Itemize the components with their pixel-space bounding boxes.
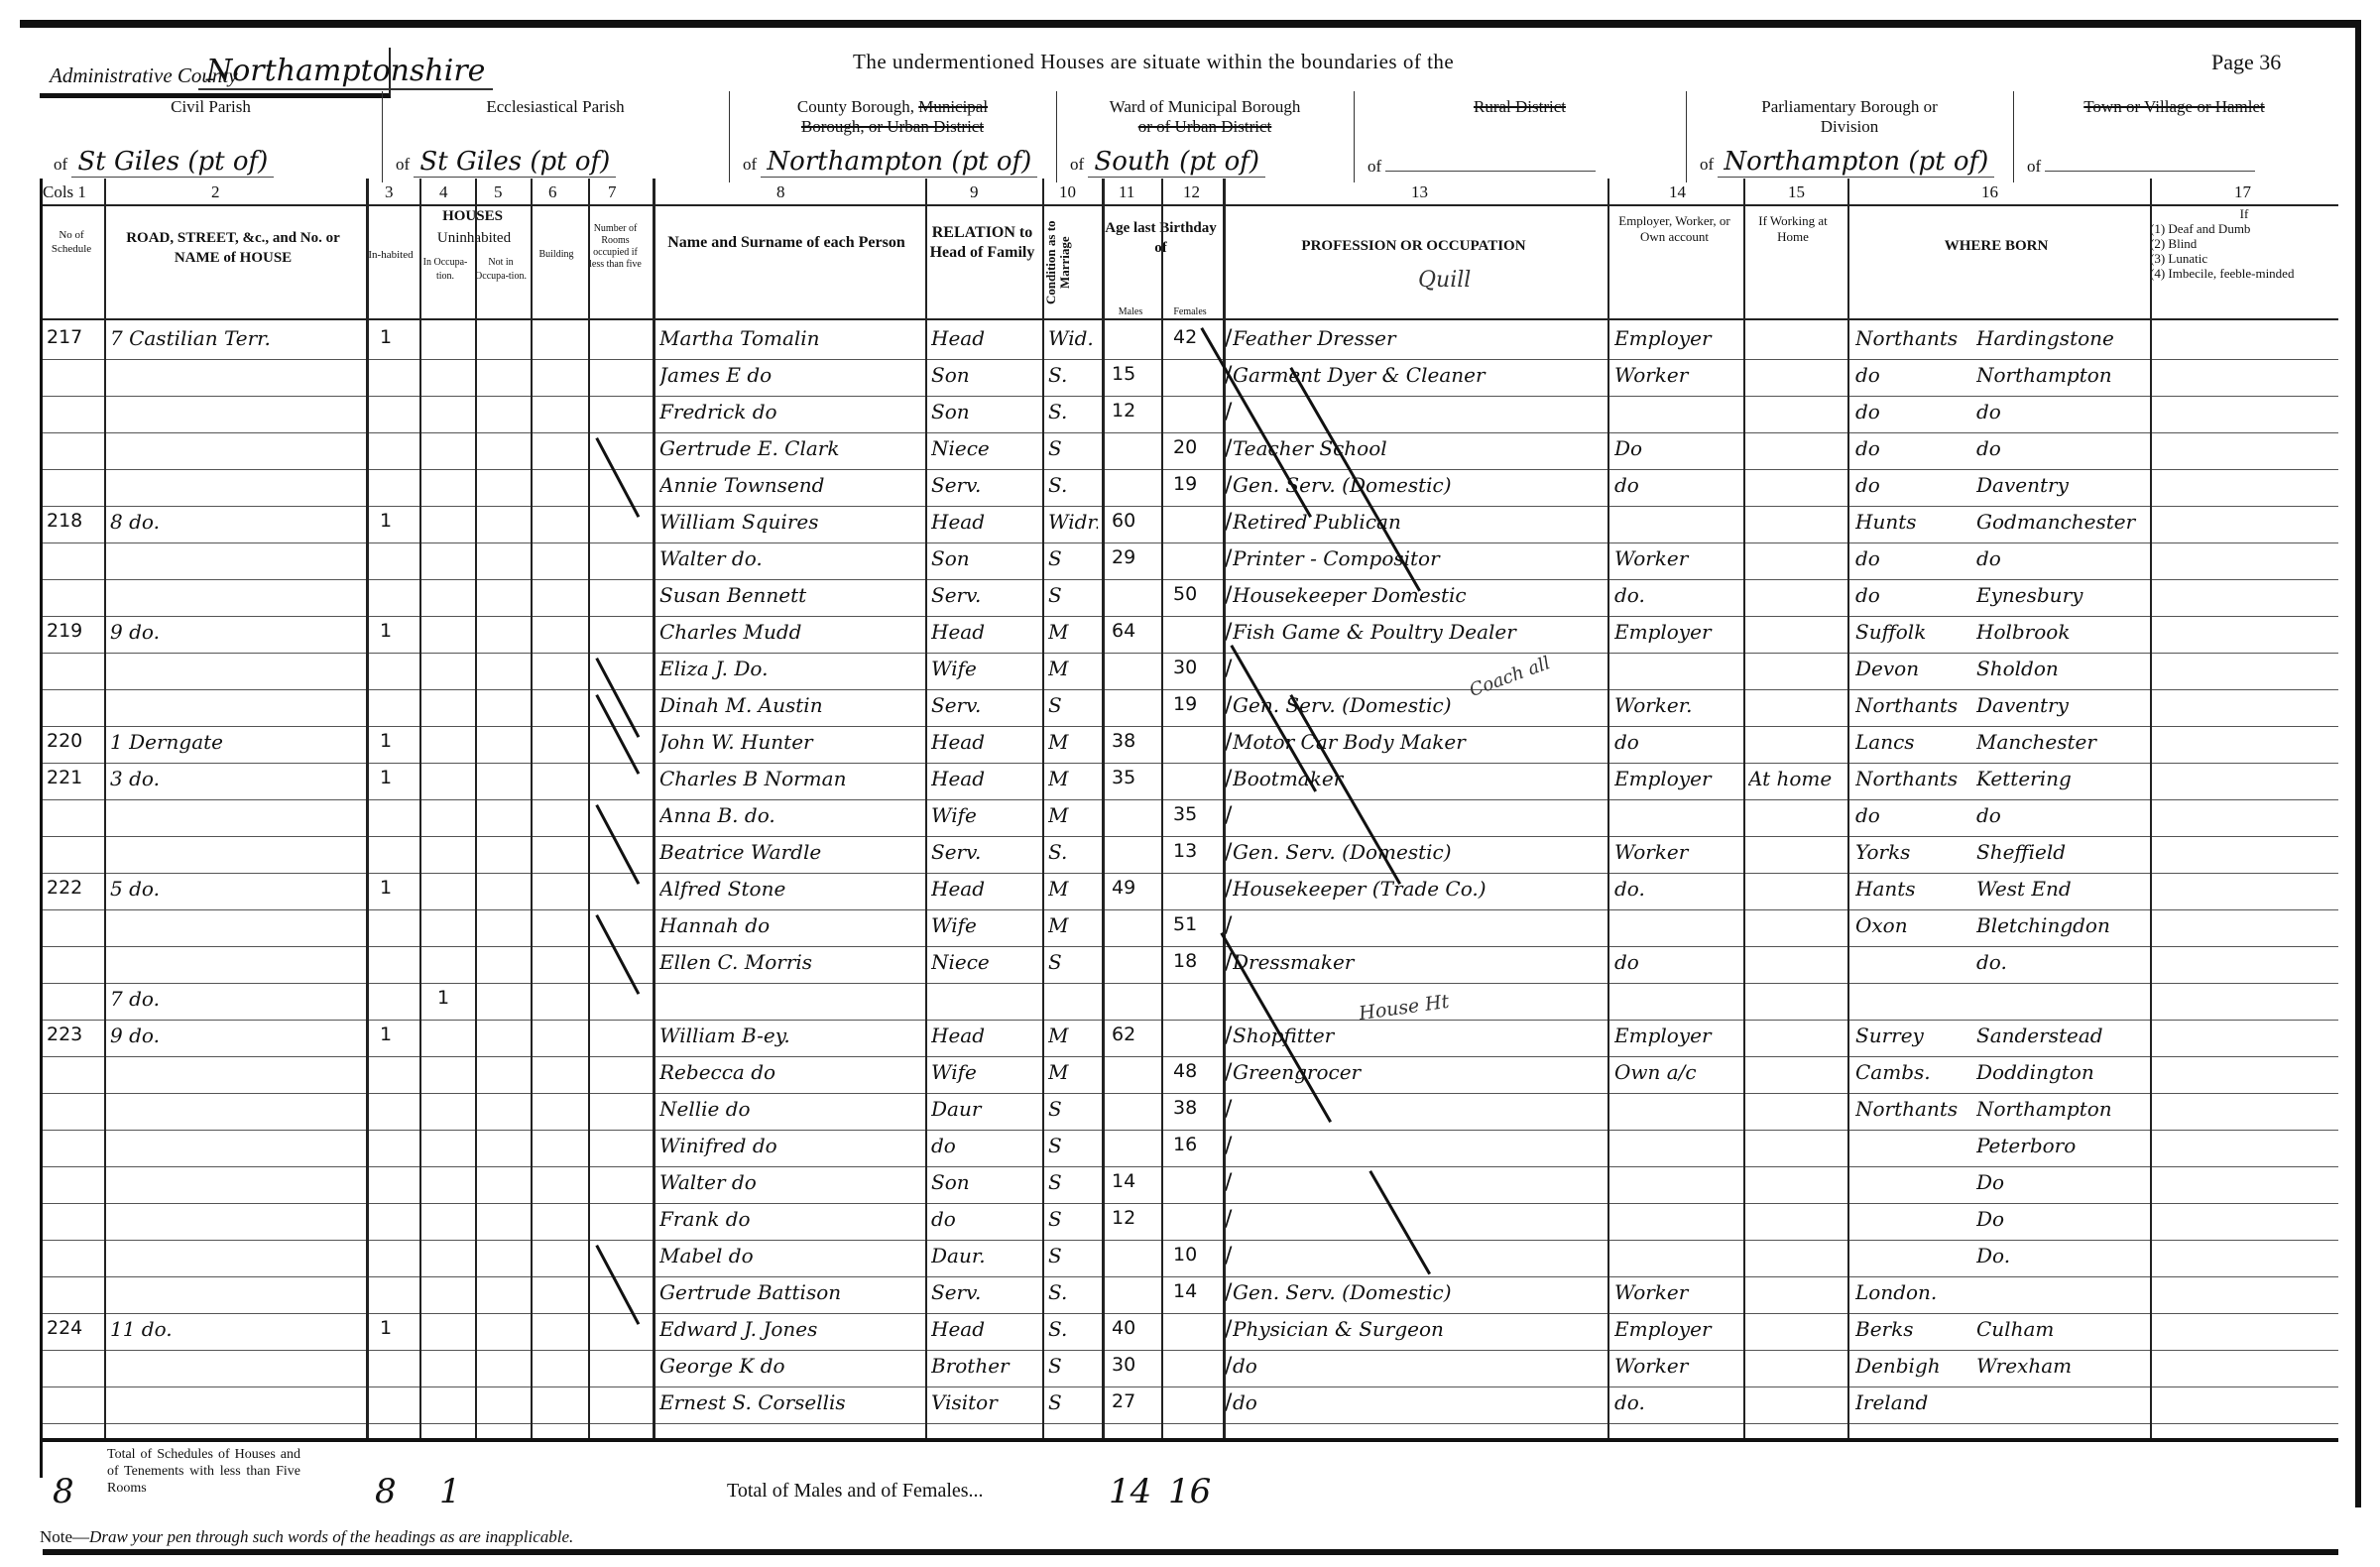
- cell-schedule: 218: [47, 510, 100, 532]
- column-divider: [1161, 179, 1163, 1438]
- check-mark-icon: /: [1225, 840, 1232, 865]
- cell-name: Martha Tomalin: [659, 326, 922, 350]
- cell-county: Lancs: [1855, 730, 1974, 754]
- cell-female-age: 14: [1173, 1280, 1218, 1302]
- header-houses: HOUSES: [366, 206, 579, 226]
- check-mark-icon: /: [1225, 1097, 1232, 1122]
- cell-place: Peterboro: [1976, 1134, 2145, 1157]
- cell-county: Oxon: [1855, 913, 1974, 937]
- area-label: Ward of Municipal Borough: [1110, 97, 1301, 116]
- cell-condition: S: [1048, 1244, 1098, 1267]
- infirmity-1: (1) Deaf and Dumb: [2150, 221, 2338, 236]
- cell-condition: S.: [1048, 473, 1098, 497]
- table-row: Annie TownsendServ.S.19Gen. Serv. (Domes…: [43, 469, 2338, 507]
- check-mark-icon: /: [1225, 1060, 1232, 1085]
- cell-condition: Wid.: [1048, 326, 1098, 350]
- ward-value: South (pt of): [1088, 147, 1265, 178]
- area-label: County Borough,: [797, 97, 914, 116]
- cell-schedule: 217: [47, 326, 100, 348]
- check-mark-icon: /: [1225, 583, 1232, 608]
- area-parliamentary-borough: Parliamentary Borough or Division of Nor…: [1686, 91, 2014, 182]
- table-row: Winifred dodoS16Peterboro/: [43, 1130, 2338, 1167]
- cell-employer: Own a/c: [1614, 1060, 1738, 1084]
- cell-place: Do: [1976, 1170, 2145, 1194]
- cell-county: do: [1855, 583, 1974, 607]
- cell-county: Hunts: [1855, 510, 1974, 534]
- table-row: Gertrude BattisonServ.S.14Gen. Serv. (Do…: [43, 1276, 2338, 1314]
- cell-condition: S: [1048, 583, 1098, 607]
- rural-district-value: [1385, 171, 1596, 172]
- column-divider: [925, 179, 927, 1438]
- cell-name: Mabel do: [659, 1244, 922, 1267]
- column-divider: [653, 179, 655, 1438]
- cell-road: 9 do.: [110, 1024, 358, 1047]
- table-row: Walter doSonS14Do/: [43, 1166, 2338, 1204]
- area-ecclesiastical-parish: Ecclesiastical Parish of St Giles (pt of…: [382, 91, 730, 182]
- cell-occupation: do: [1233, 1390, 1600, 1414]
- header-at-home: If Working at Home: [1743, 213, 1843, 320]
- cell-name: Ernest S. Corsellis: [659, 1390, 922, 1414]
- check-mark-icon: /: [1225, 510, 1232, 535]
- note-text: Draw your pen through such words of the …: [89, 1527, 573, 1546]
- cell-name: Charles Mudd: [659, 620, 922, 644]
- cell-name: Susan Bennett: [659, 583, 922, 607]
- header-divider: [43, 318, 2338, 320]
- cell-county: Suffolk: [1855, 620, 1974, 644]
- column-number: 5: [494, 182, 503, 202]
- cell-relation: Head: [931, 326, 1040, 350]
- column-number: Cols 1: [43, 182, 86, 202]
- cell-employer: Worker: [1614, 1354, 1738, 1378]
- cell-name: Charles B Norman: [659, 767, 922, 790]
- check-mark-icon: /: [1225, 1317, 1232, 1342]
- table-row: Fredrick doSonS.12dodo/: [43, 396, 2338, 433]
- area-rural-district: Rural District of: [1354, 91, 1687, 182]
- cell-relation: Visitor: [931, 1390, 1040, 1414]
- cell-relation: Wife: [931, 657, 1040, 680]
- cell-relation: Son: [931, 400, 1040, 423]
- cell-relation: Niece: [931, 950, 1040, 974]
- check-mark-icon: /: [1225, 913, 1232, 938]
- cell-relation: Serv.: [931, 473, 1040, 497]
- of-label: of: [1070, 155, 1084, 174]
- cell-condition: M: [1048, 767, 1098, 790]
- cell-county: Northants: [1855, 693, 1974, 717]
- cell-place: Culham: [1976, 1317, 2145, 1341]
- cell-name: Anna B. do.: [659, 803, 922, 827]
- cell-place: Do.: [1976, 1244, 2145, 1267]
- column-divider: [104, 179, 106, 1438]
- cell-name: James E do: [659, 363, 922, 387]
- cell-place: Sanderstead: [1976, 1024, 2145, 1047]
- cell-condition: M: [1048, 913, 1098, 937]
- cell-name: Hannah do: [659, 913, 922, 937]
- check-mark-icon: /: [1225, 1354, 1232, 1379]
- table-row: Nellie doDaurS38NorthantsNorthampton/: [43, 1093, 2338, 1131]
- cell-employer: do: [1614, 950, 1738, 974]
- cell-condition: S: [1048, 950, 1098, 974]
- cell-county: Berks: [1855, 1317, 1974, 1341]
- of-label: of: [1700, 155, 1714, 174]
- check-mark-icon: /: [1225, 326, 1232, 351]
- cell-employer: do.: [1614, 877, 1738, 901]
- column-number: 8: [776, 182, 785, 202]
- table-row: 2239 do.1William B-ey.HeadM62ShopfitterE…: [43, 1020, 2338, 1057]
- column-divider: [588, 179, 590, 1438]
- cell-road: 3 do.: [110, 767, 358, 790]
- county-borough-value: Northampton (pt of): [761, 147, 1037, 178]
- cell-condition: S.: [1048, 840, 1098, 864]
- cell-relation: Head: [931, 510, 1040, 534]
- cell-condition: M: [1048, 803, 1098, 827]
- cell-relation: Head: [931, 767, 1040, 790]
- cell-female-age: 48: [1173, 1060, 1218, 1082]
- cell-occupation: Physician & Surgeon: [1233, 1317, 1600, 1341]
- infirmity-4: (4) Imbecile, feeble-minded: [2150, 266, 2338, 281]
- cell-occupation: Fish Game & Poultry Dealer: [1233, 620, 1600, 644]
- cell-place: do: [1976, 803, 2145, 827]
- cell-relation: do: [931, 1134, 1040, 1157]
- cell-name: Gertrude E. Clark: [659, 436, 922, 460]
- column-divider: [1102, 179, 1105, 1438]
- cell-employer: do: [1614, 473, 1738, 497]
- cell-name: Walter do.: [659, 546, 922, 570]
- cell-condition: S.: [1048, 363, 1098, 387]
- cell-relation: Head: [931, 877, 1040, 901]
- cell-female-age: 10: [1173, 1244, 1218, 1266]
- cell-occupation: Gen. Serv. (Domestic): [1233, 693, 1600, 717]
- cell-road: 9 do.: [110, 620, 358, 644]
- check-mark-icon: /: [1225, 620, 1232, 645]
- town-village-value: [2045, 171, 2255, 172]
- cell-occupation: Retired Publican: [1233, 510, 1600, 534]
- of-label: of: [743, 155, 757, 174]
- cell-place: Sholdon: [1976, 657, 2145, 680]
- ecclesiastical-parish-value: St Giles (pt of): [414, 147, 616, 178]
- area-label: Ecclesiastical Parish: [382, 97, 729, 117]
- check-mark-icon: /: [1225, 1207, 1232, 1232]
- page-title: The undermentioned Houses are situate wi…: [853, 50, 1454, 74]
- census-table: Cols 1234567891011121314151617 No of Sch…: [40, 179, 2338, 1478]
- cell-name: Beatrice Wardle: [659, 840, 922, 864]
- note-prefix: Note—: [40, 1527, 89, 1546]
- check-mark-icon: /: [1225, 877, 1232, 902]
- column-number: 16: [1981, 182, 1998, 202]
- cell-place: do: [1976, 436, 2145, 460]
- cell-county: Yorks: [1855, 840, 1974, 864]
- cell-condition: S: [1048, 1097, 1098, 1121]
- cell-place: Kettering: [1976, 767, 2145, 790]
- cell-occupation: do: [1233, 1354, 1600, 1378]
- cell-name: Ellen C. Morris: [659, 950, 922, 974]
- cell-county: do: [1855, 400, 1974, 423]
- cell-employer: Worker: [1614, 546, 1738, 570]
- cell-occupation: Gen. Serv. (Domestic): [1233, 840, 1600, 864]
- cell-name: Dinah M. Austin: [659, 693, 922, 717]
- cell-occupation: Gen. Serv. (Domestic): [1233, 1280, 1600, 1304]
- cell-place: Eynesbury: [1976, 583, 2145, 607]
- cell-condition: S.: [1048, 1317, 1098, 1341]
- struck-label: or of Urban District: [1138, 117, 1272, 136]
- annotation-quill: Quill: [1418, 268, 1471, 293]
- cell-county: Hants: [1855, 877, 1974, 901]
- infirmity-if: If: [2150, 206, 2338, 221]
- cell-place: Sheffield: [1976, 840, 2145, 864]
- table-row: 2225 do.1Alfred StoneHeadM49Housekeeper …: [43, 873, 2338, 910]
- total-males: 14: [1109, 1472, 1151, 1511]
- cell-condition: S.: [1048, 400, 1098, 423]
- table-row: Eliza J. Do.WifeM30DevonSholdon/: [43, 653, 2338, 690]
- cell-schedule: 219: [47, 620, 100, 642]
- cell-uninhab-in: 1: [437, 987, 467, 1009]
- cell-county: London.: [1855, 1280, 1974, 1304]
- cell-condition: M: [1048, 620, 1098, 644]
- cell-male-age: 30: [1112, 1354, 1156, 1376]
- table-row: Beatrice WardleServ.S.13Gen. Serv. (Dome…: [43, 836, 2338, 874]
- cell-place: Northampton: [1976, 1097, 2145, 1121]
- cell-county: Devon: [1855, 657, 1974, 680]
- cell-place: Bletchingdon: [1976, 913, 2145, 937]
- cell-male-age: 15: [1112, 363, 1156, 385]
- cell-relation: Brother: [931, 1354, 1040, 1378]
- cell-name: Edward J. Jones: [659, 1317, 922, 1341]
- cell-road: 8 do.: [110, 510, 358, 534]
- struck-label: Town or Village or Hamlet: [2083, 97, 2265, 116]
- cell-place: Do: [1976, 1207, 2145, 1231]
- column-number: 17: [2234, 182, 2251, 202]
- cell-male-age: 60: [1112, 510, 1156, 532]
- infirmity-3: (3) Lunatic: [2150, 251, 2338, 266]
- cell-female-age: 35: [1173, 803, 1218, 825]
- cell-inhabited: 1: [380, 877, 410, 899]
- check-mark-icon: /: [1225, 1390, 1232, 1415]
- cell-condition: S: [1048, 1134, 1098, 1157]
- table-row: 2199 do.1Charles MuddHeadM64Fish Game & …: [43, 616, 2338, 654]
- check-mark-icon: /: [1225, 400, 1232, 424]
- table-row: Hannah doWifeM51OxonBletchingdon/: [43, 909, 2338, 947]
- parliamentary-borough-value: Northampton (pt of): [1718, 147, 1994, 178]
- cell-road: 5 do.: [110, 877, 358, 901]
- cell-female-age: 20: [1173, 436, 1218, 458]
- column-number: 15: [1788, 182, 1805, 202]
- table-row: James E doSonS.15Garment Dyer & CleanerW…: [43, 359, 2338, 397]
- cell-name: Annie Townsend: [659, 473, 922, 497]
- cell-occupation: Dressmaker: [1233, 950, 1600, 974]
- cell-condition: M: [1048, 1060, 1098, 1084]
- header-relation: RELATION to Head of Family: [925, 223, 1039, 330]
- cell-condition: M: [1048, 1024, 1098, 1047]
- cell-relation: Wife: [931, 913, 1040, 937]
- header-uninhabited: Uninhabited: [419, 228, 529, 248]
- cell-condition: S: [1048, 1354, 1098, 1378]
- cell-relation: Serv.: [931, 693, 1040, 717]
- cell-occupation: Greengrocer: [1233, 1060, 1600, 1084]
- cell-relation: Serv.: [931, 1280, 1040, 1304]
- table-row: Rebecca doWifeM48GreengrocerOwn a/cCambs…: [43, 1056, 2338, 1094]
- total-persons-label: Total of Males and of Females...: [727, 1480, 984, 1503]
- page-number: Page 36: [2211, 50, 2281, 75]
- cell-employer: do.: [1614, 583, 1738, 607]
- cell-condition: M: [1048, 730, 1098, 754]
- cell-schedule: 224: [47, 1317, 100, 1339]
- cell-schedule: 221: [47, 767, 100, 788]
- cell-employer: Do: [1614, 436, 1738, 460]
- cell-road: 11 do.: [110, 1317, 358, 1341]
- table-row: Anna B. do.WifeM35dodo/: [43, 799, 2338, 837]
- civil-parish-value: St Giles (pt of): [71, 147, 274, 178]
- check-mark-icon: /: [1225, 1024, 1232, 1048]
- cell-condition: S: [1048, 1207, 1098, 1231]
- cell-place: Hardingstone: [1976, 326, 2145, 350]
- admin-county-value: Northamptonshire: [198, 54, 493, 90]
- cell-relation: Serv.: [931, 583, 1040, 607]
- cell-relation: Son: [931, 1170, 1040, 1194]
- top-border: [20, 20, 2355, 28]
- cell-female-age: 16: [1173, 1134, 1218, 1155]
- cell-name: Gertrude Battison: [659, 1280, 922, 1304]
- cell-relation: Head: [931, 620, 1040, 644]
- column-divider: [531, 179, 533, 1438]
- cell-place: Manchester: [1976, 730, 2145, 754]
- area-town-village: Town or Village or Hamlet of: [2013, 91, 2335, 182]
- cell-place: Daventry: [1976, 693, 2145, 717]
- cell-occupation: Housekeeper (Trade Co.): [1233, 877, 1600, 901]
- table-row: Dinah M. AustinServ.S19Gen. Serv. (Domes…: [43, 689, 2338, 727]
- table-row: 22411 do.1Edward J. JonesHeadS.40Physici…: [43, 1313, 2338, 1351]
- cell-occupation: Feather Dresser: [1233, 326, 1600, 350]
- cell-name: Rebecca do: [659, 1060, 922, 1084]
- cell-female-age: 19: [1173, 473, 1218, 495]
- of-label: of: [396, 155, 410, 174]
- cell-name: William B-ey.: [659, 1024, 922, 1047]
- column-number: 2: [211, 182, 220, 202]
- cell-male-age: 62: [1112, 1024, 1156, 1045]
- cell-county: Surrey: [1855, 1024, 1974, 1047]
- column-divider: [1743, 179, 1745, 1438]
- cell-place: Daventry: [1976, 473, 2145, 497]
- cell-employer: Employer: [1614, 767, 1738, 790]
- cell-employer: Worker: [1614, 840, 1738, 864]
- cell-county: do: [1855, 436, 1974, 460]
- area-county-borough: County Borough, MunicipalBorough, or Urb…: [729, 91, 1057, 182]
- column-divider: [2150, 179, 2152, 1438]
- cell-male-age: 29: [1112, 546, 1156, 568]
- cell-name: Winifred do: [659, 1134, 922, 1157]
- header-employer: Employer, Worker, or Own account: [1607, 213, 1741, 320]
- area-ward: Ward of Municipal Boroughor of Urban Dis…: [1056, 91, 1355, 182]
- cell-road: 1 Derngate: [110, 730, 358, 754]
- cell-county: do: [1855, 803, 1974, 827]
- cell-male-age: 27: [1112, 1390, 1156, 1412]
- cell-condition: S: [1048, 546, 1098, 570]
- cell-road: 7 do.: [110, 987, 358, 1011]
- table-row: Walter do.SonS29Printer - CompositorWork…: [43, 542, 2338, 580]
- cell-relation: do: [931, 1207, 1040, 1231]
- cell-relation: Daur: [931, 1097, 1040, 1121]
- cell-relation: Niece: [931, 436, 1040, 460]
- table-row: 2188 do.1William SquiresHeadWidr.60Retir…: [43, 506, 2338, 543]
- cell-condition: S: [1048, 436, 1098, 460]
- cell-schedule: 220: [47, 730, 100, 752]
- cell-place: do.: [1976, 950, 2145, 974]
- cell-county: Northants: [1855, 767, 1974, 790]
- table-row: 7 do.1: [43, 983, 2338, 1021]
- cell-male-age: 40: [1112, 1317, 1156, 1339]
- cell-schedule: 223: [47, 1024, 100, 1045]
- header-condition: Condition as to Marriage: [1044, 218, 1094, 307]
- cell-inhabited: 1: [380, 1024, 410, 1045]
- cell-relation: Head: [931, 1317, 1040, 1341]
- cell-occupation: Garment Dyer & Cleaner: [1233, 363, 1600, 387]
- cell-county: do: [1855, 546, 1974, 570]
- table-row: Ernest S. CorsellisVisitorS27dodo.Irelan…: [43, 1386, 2338, 1424]
- cell-condition: S: [1048, 1390, 1098, 1414]
- column-divider: [1042, 179, 1044, 1438]
- check-mark-icon: /: [1225, 693, 1232, 718]
- check-mark-icon: /: [1225, 436, 1232, 461]
- cell-male-age: 38: [1112, 730, 1156, 752]
- total-uninhabited: 1: [439, 1472, 461, 1511]
- cell-county: Cambs.: [1855, 1060, 1974, 1084]
- cell-inhabited: 1: [380, 510, 410, 532]
- cell-condition: Widr.: [1048, 510, 1098, 534]
- cell-employer: Employer: [1614, 1317, 1738, 1341]
- cell-female-age: 18: [1173, 950, 1218, 972]
- column-number: 3: [385, 182, 394, 202]
- of-label: of: [54, 155, 67, 174]
- cell-employer: Worker.: [1614, 693, 1738, 717]
- cell-male-age: 12: [1112, 400, 1156, 422]
- of-label: of: [2027, 157, 2041, 176]
- total-schedules: 8: [53, 1472, 74, 1511]
- cell-county: Ireland: [1855, 1390, 1974, 1414]
- area-civil-parish: Civil Parish of St Giles (pt of): [40, 91, 383, 182]
- infirmity-2: (2) Blind: [2150, 236, 2338, 251]
- area-label: Parliamentary Borough or Division: [1686, 97, 2013, 137]
- cell-schedule: 222: [47, 877, 100, 899]
- check-mark-icon: /: [1225, 1244, 1232, 1268]
- cell-name: Frank do: [659, 1207, 922, 1231]
- cell-female-age: 13: [1173, 840, 1218, 862]
- cell-employer: Employer: [1614, 620, 1738, 644]
- check-mark-icon: /: [1225, 767, 1232, 791]
- cell-relation: Wife: [931, 1060, 1040, 1084]
- cell-county: Northants: [1855, 326, 1974, 350]
- table-row: 2213 do.1Charles B NormanHeadM35Bootmake…: [43, 763, 2338, 800]
- cell-place: Wrexham: [1976, 1354, 2145, 1378]
- struck-label: Borough, or Urban District: [801, 117, 984, 136]
- cell-relation: Wife: [931, 803, 1040, 827]
- cell-employer: do.: [1614, 1390, 1738, 1414]
- cell-county: Northants: [1855, 1097, 1974, 1121]
- header-rooms: Number of Rooms occupied if less than fi…: [588, 223, 643, 330]
- cell-name: Eliza J. Do.: [659, 657, 922, 680]
- table-row: Susan BennettServ.S50Housekeeper Domesti…: [43, 579, 2338, 617]
- check-mark-icon: /: [1225, 730, 1232, 755]
- cell-condition: M: [1048, 877, 1098, 901]
- cell-female-age: 30: [1173, 657, 1218, 678]
- cell-relation: Head: [931, 1024, 1040, 1047]
- cell-male-age: 35: [1112, 767, 1156, 788]
- cell-relation: Son: [931, 363, 1040, 387]
- header-infirmity: If (1) Deaf and Dumb (2) Blind (3) Lunat…: [2150, 206, 2338, 313]
- cell-condition: M: [1048, 657, 1098, 680]
- cell-place: do: [1976, 400, 2145, 423]
- header-females: Females: [1161, 305, 1219, 319]
- of-label: of: [1368, 157, 1381, 176]
- cell-name: George K do: [659, 1354, 922, 1378]
- cell-inhabited: 1: [380, 620, 410, 642]
